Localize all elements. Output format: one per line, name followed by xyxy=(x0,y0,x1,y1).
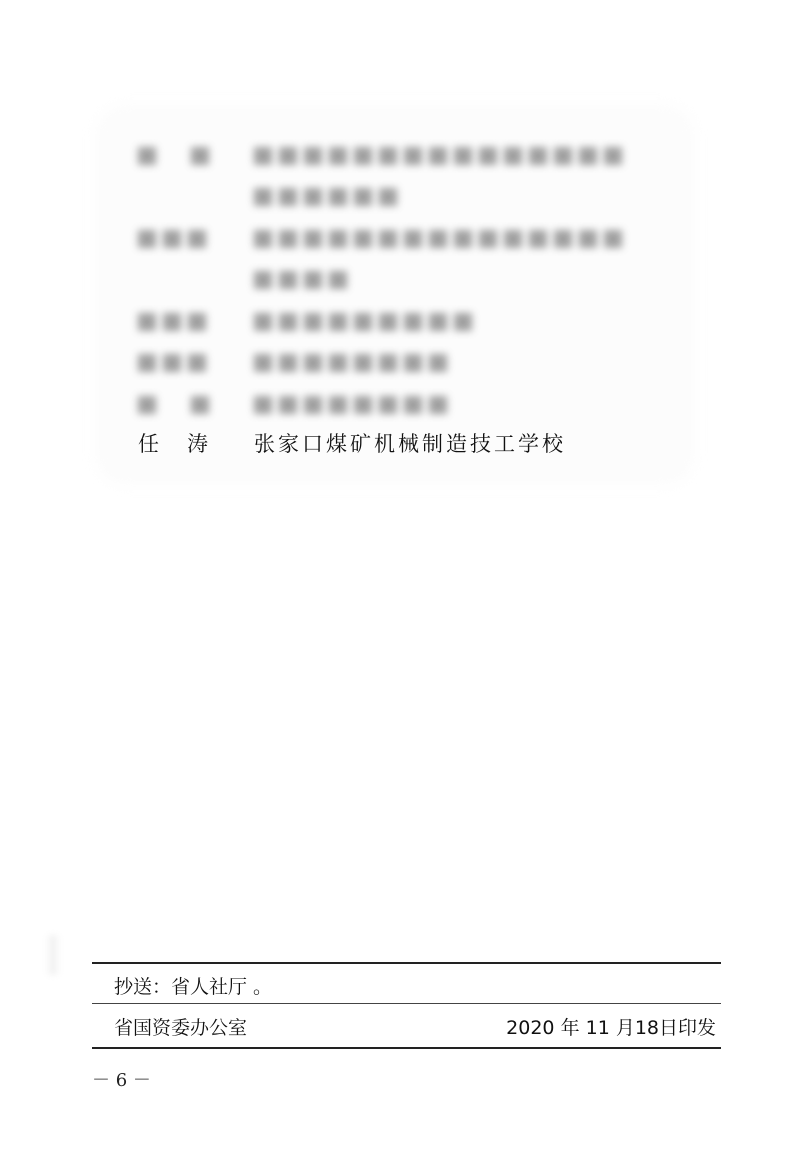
redacted-name xyxy=(138,142,216,166)
redacted-org xyxy=(254,266,354,290)
issue-date: 2020 年 11 月18日印发 xyxy=(506,1013,716,1040)
redacted-entry xyxy=(0,308,800,338)
redacted-entry xyxy=(0,391,800,421)
redacted-entry-cont xyxy=(0,266,800,296)
redacted-name xyxy=(138,349,213,373)
footer-bottom-rule xyxy=(92,1047,721,1049)
footer-top-rule xyxy=(92,962,721,964)
person-name: 任涛 xyxy=(138,428,208,458)
redacted-org xyxy=(254,225,629,249)
issuer: 省国资委办公室 xyxy=(114,1013,247,1040)
redacted-org xyxy=(254,308,479,332)
name-char-1: 任 xyxy=(138,432,159,456)
redacted-org xyxy=(254,349,454,373)
redacted-entry xyxy=(0,225,800,255)
redacted-entry xyxy=(0,142,800,172)
redacted-org xyxy=(254,183,404,207)
redacted-name xyxy=(138,308,213,332)
redacted-entry-cont xyxy=(0,183,800,213)
redacted-name xyxy=(138,391,216,415)
name-char-2: 涛 xyxy=(187,432,208,456)
page-number: － 6 － xyxy=(92,1066,151,1092)
footer-middle-rule xyxy=(92,1003,721,1004)
redacted-entry xyxy=(0,349,800,379)
person-organization: 张家口煤矿机械制造技工学校 xyxy=(254,428,566,458)
cc-line: 抄送：省人社厅 。 xyxy=(114,972,272,999)
redacted-org xyxy=(254,142,629,166)
redacted-name xyxy=(138,225,213,249)
scan-artifact xyxy=(48,935,58,975)
redacted-org xyxy=(254,391,454,415)
